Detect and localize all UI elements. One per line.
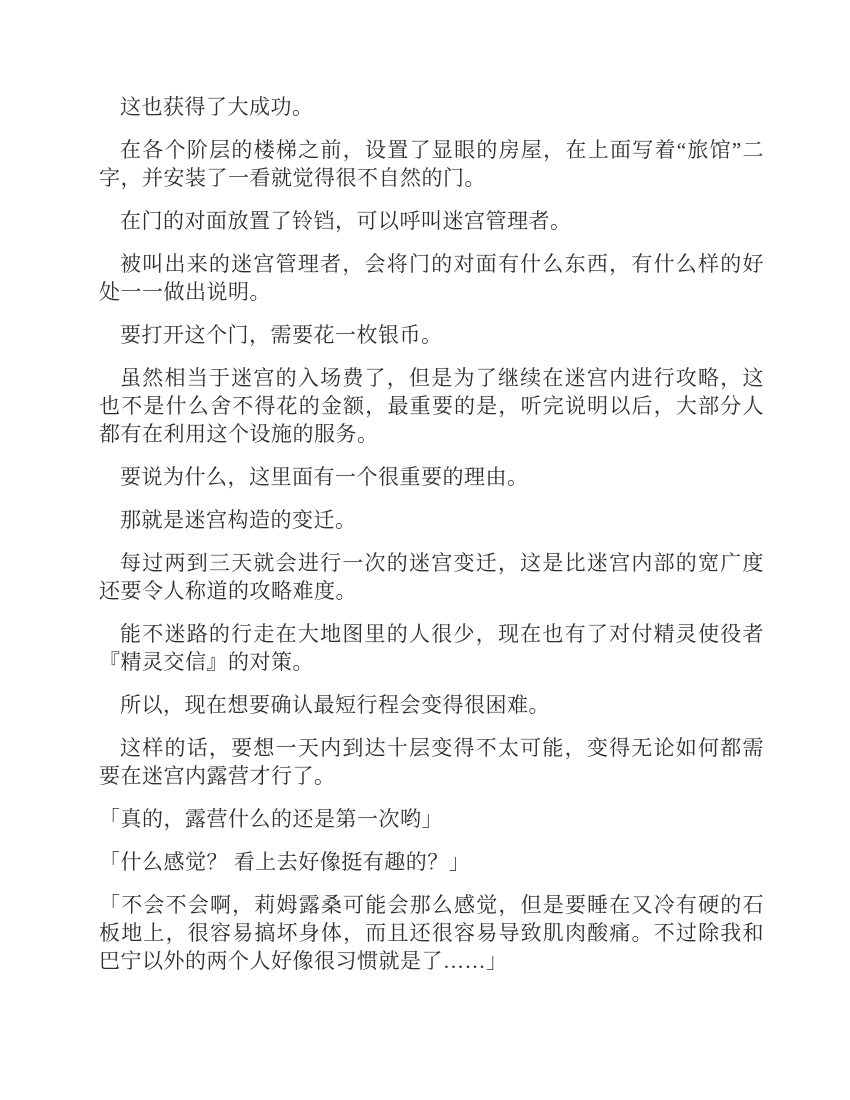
dialogue-paragraph: 「什么感觉？ 看上去好像挺有趣的？」 (99, 848, 764, 876)
body-paragraph: 要打开这个门，需要花一枚银币。 (99, 321, 764, 349)
body-paragraph: 所以，现在想要确认最短行程会变得很困难。 (99, 691, 764, 719)
novel-page: 这也获得了大成功。在各个阶层的楼梯之前，设置了显眼的房屋，在上面写着“旅馆”二字… (0, 0, 850, 1100)
body-paragraph: 能不迷路的行走在大地图里的人很少，现在也有了对付精灵使役者『精灵交信』的对策。 (99, 620, 764, 676)
dialogue-paragraph: 「不会不会啊，莉姆露桑可能会那么感觉，但是要睡在又冷有硬的石板地上，很容易搞坏身… (99, 891, 764, 975)
body-paragraph: 在门的对面放置了铃铛，可以呼叫迷宫管理者。 (99, 207, 764, 235)
body-paragraph: 那就是迷宫构造的变迁。 (99, 506, 764, 534)
body-paragraph: 要说为什么，这里面有一个很重要的理由。 (99, 463, 764, 491)
body-paragraph: 虽然相当于迷宫的入场费了，但是为了继续在迷宫内进行攻略，这也不是什么舍不得花的金… (99, 364, 764, 448)
body-paragraph: 这也获得了大成功。 (99, 93, 764, 121)
body-paragraph: 这样的话，要想一天内到达十层变得不太可能，变得无论如何都需要在迷宫内露营才行了。 (99, 734, 764, 790)
body-paragraph: 在各个阶层的楼梯之前，设置了显眼的房屋，在上面写着“旅馆”二字，并安装了一看就觉… (99, 136, 764, 192)
dialogue-paragraph: 「真的，露营什么的还是第一次哟」 (99, 805, 764, 833)
body-paragraph: 被叫出来的迷宫管理者，会将门的对面有什么东西，有什么样的好处一一做出说明。 (99, 250, 764, 306)
body-paragraph: 每过两到三天就会进行一次的迷宫变迁，这是比迷宫内部的宽广度还要令人称道的攻略难度… (99, 549, 764, 605)
text-column: 这也获得了大成功。在各个阶层的楼梯之前，设置了显眼的房屋，在上面写着“旅馆”二字… (99, 93, 764, 975)
